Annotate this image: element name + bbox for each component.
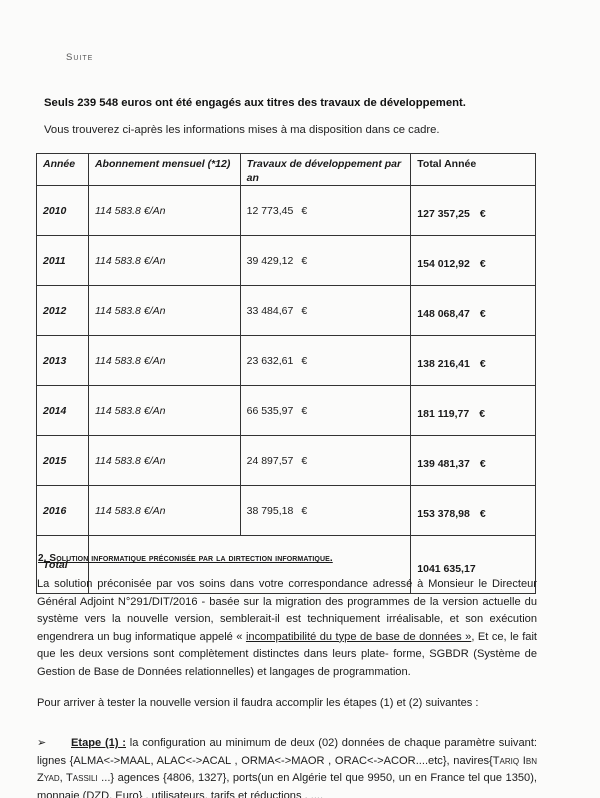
cell-subscription: 114 583.8 €/An <box>88 436 240 486</box>
table-row: 2011114 583.8 €/An39 429,12€154 012,92€ <box>37 236 536 286</box>
development-amount: 39 429,12 <box>247 255 294 267</box>
underlined-bug-name: incompatibilité du type de base de donné… <box>246 631 471 643</box>
total-amount: 139 481,37 <box>417 458 470 470</box>
step-1-text-end: ...} agences {4806, 1327}, ports(un en A… <box>37 772 537 798</box>
table-header-row: Année Abonnement mensuel (*12) Travaux d… <box>37 154 536 186</box>
euro-symbol: € <box>301 255 307 267</box>
budget-table: Année Abonnement mensuel (*12) Travaux d… <box>36 153 536 594</box>
euro-symbol: € <box>301 355 307 367</box>
solution-paragraph: La solution préconisée par vos soins dan… <box>37 576 537 681</box>
cell-subscription: 114 583.8 €/An <box>88 486 240 536</box>
cell-subscription: 114 583.8 €/An <box>88 386 240 436</box>
development-amount: 24 897,57 <box>247 455 294 467</box>
total-amount: 153 378,98 <box>417 508 470 520</box>
cell-development: 33 484,67€ <box>240 286 411 336</box>
lead-statement: Seuls 239 548 euros ont été engagés aux … <box>44 97 466 109</box>
cell-development: 23 632,61€ <box>240 336 411 386</box>
cell-subscription: 114 583.8 €/An <box>88 286 240 336</box>
euro-symbol: € <box>480 258 486 270</box>
cell-total: 127 357,25€ <box>411 186 536 236</box>
cell-development: 12 773,45€ <box>240 186 411 236</box>
euro-symbol: € <box>301 455 307 467</box>
total-amount: 127 357,25 <box>417 208 470 220</box>
cell-year: 2012 <box>37 286 89 336</box>
step-1-label: Etape (1) : <box>71 737 126 749</box>
euro-symbol: € <box>480 358 486 370</box>
euro-symbol: € <box>480 308 486 320</box>
column-header-year: Année <box>37 154 89 186</box>
euro-symbol: € <box>480 508 486 520</box>
total-amount: 181 119,77 <box>417 408 469 420</box>
total-amount: 154 012,92 <box>417 258 470 270</box>
euro-symbol: € <box>480 458 486 470</box>
development-amount: 33 484,67 <box>247 305 294 317</box>
cell-total: 139 481,37€ <box>411 436 536 486</box>
cell-subscription: 114 583.8 €/An <box>88 236 240 286</box>
cell-development: 38 795,18€ <box>240 486 411 536</box>
cell-year: 2014 <box>37 386 89 436</box>
total-amount: 148 068,47 <box>417 308 470 320</box>
euro-symbol: € <box>301 505 307 517</box>
euro-symbol: € <box>479 408 485 420</box>
cell-total: 154 012,92€ <box>411 236 536 286</box>
cell-development: 66 535,97€ <box>240 386 411 436</box>
page-continuation-label: Suite <box>66 52 93 63</box>
cell-total: 181 119,77€ <box>411 386 536 436</box>
development-amount: 66 535,97 <box>247 405 294 417</box>
cell-year: 2015 <box>37 436 89 486</box>
development-amount: 23 632,61 <box>247 355 294 367</box>
cell-year: 2011 <box>37 236 89 286</box>
table-row: 2015114 583.8 €/An24 897,57€139 481,37€ <box>37 436 536 486</box>
table-row: 2012114 583.8 €/An33 484,67€148 068,47€ <box>37 286 536 336</box>
step-1-paragraph: ➢Etape (1) : la configuration au minimum… <box>37 735 537 798</box>
table-row: 2014114 583.8 €/An66 535,97€181 119,77€ <box>37 386 536 436</box>
arrow-bullet-icon: ➢ <box>37 735 71 753</box>
cell-development: 39 429,12€ <box>240 236 411 286</box>
column-header-subscription: Abonnement mensuel (*12) <box>88 154 240 186</box>
table-row: 2010114 583.8 €/An12 773,45€127 357,25€ <box>37 186 536 236</box>
document-page: Suite Seuls 239 548 euros ont été engagé… <box>0 0 600 798</box>
development-amount: 38 795,18 <box>247 505 294 517</box>
euro-symbol: € <box>301 305 307 317</box>
table-row: 2013114 583.8 €/An23 632,61€138 216,41€ <box>37 336 536 386</box>
cell-development: 24 897,57€ <box>240 436 411 486</box>
cell-year: 2013 <box>37 336 89 386</box>
section-2-title: 2. Solution informatique préconisée par … <box>38 553 333 564</box>
column-header-total: Total Année <box>411 154 536 186</box>
intro-text: Vous trouverez ci-après les informations… <box>44 124 440 136</box>
cell-total: 148 068,47€ <box>411 286 536 336</box>
total-amount: 138 216,41 <box>417 358 470 370</box>
development-amount: 12 773,45 <box>247 205 294 217</box>
cell-year: 2010 <box>37 186 89 236</box>
cell-subscription: 114 583.8 €/An <box>88 336 240 386</box>
column-header-development: Travaux de développement par an <box>240 154 411 186</box>
cell-year: 2016 <box>37 486 89 536</box>
euro-symbol: € <box>301 205 307 217</box>
cell-total: 138 216,41€ <box>411 336 536 386</box>
steps-intro-paragraph: Pour arriver à tester la nouvelle versio… <box>37 695 537 713</box>
euro-symbol: € <box>480 208 486 220</box>
table-row: 2016114 583.8 €/An38 795,18€153 378,98€ <box>37 486 536 536</box>
euro-symbol: € <box>301 405 307 417</box>
cell-subscription: 114 583.8 €/An <box>88 186 240 236</box>
cell-total: 153 378,98€ <box>411 486 536 536</box>
